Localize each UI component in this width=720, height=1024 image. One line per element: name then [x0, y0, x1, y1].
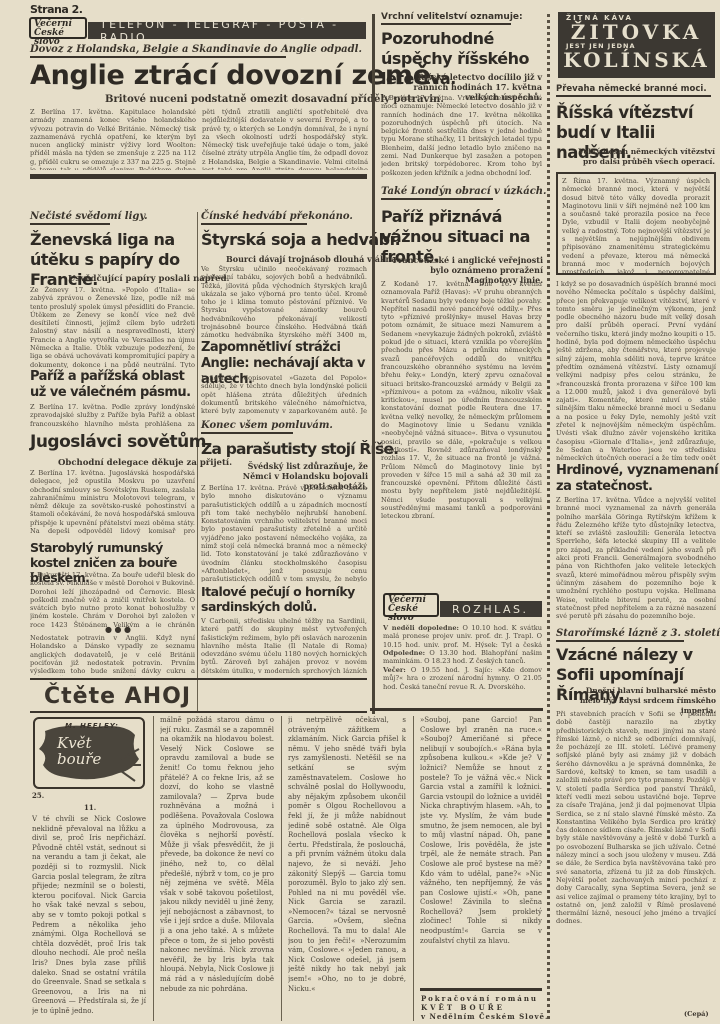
jugoslavci-body: Z Berlína 17. května. Jugoslávská hospod… — [30, 469, 195, 535]
kostel-body: Z Bukurešti 17. května. Za bouře udeřil … — [30, 571, 195, 627]
zitovka-ad-line4: KOLÍNSKÁ — [558, 50, 715, 70]
sofie-kicker: Starořímské lázně z 3. století. — [556, 628, 684, 642]
rozhlas-bottom-rule — [370, 708, 543, 711]
column-rule — [413, 716, 414, 1021]
separator-dots: ● ● ● — [105, 625, 131, 634]
pariz-pasmo-headline: Paříž a pařížská oblast už ve válečném p… — [30, 369, 195, 401]
rozhlas-banner: ROZHLAS. — [440, 601, 542, 617]
masthead-banner: TELEFON - TELEGRAF - POŠTA - RADIO. — [88, 22, 366, 39]
hornici-headline: Italové pečují o horníky sardinských dol… — [201, 584, 369, 614]
anglie-body-col2: pěti týdnů ztratili angličtí spotřebitel… — [202, 108, 368, 170]
sofie-signature: (Cepá) — [684, 1010, 709, 1018]
serial-col4: »Souboj, pane Garcio! Pan Coslowe byl zr… — [420, 716, 542, 986]
letectvo-body: Z Berlína 17. května. Vrchní velitelství… — [381, 94, 542, 178]
serial-title-box: M. HEELEY: Květ bouře — [33, 717, 145, 789]
rozhlas-item-label: Večer: — [383, 666, 406, 674]
rozhlas-item: V neděli dopoledne: O 10.10 hod. K svátk… — [383, 624, 542, 648]
anglie-body-col1: Z Berlína 17. května. Kapitulace holands… — [30, 108, 196, 170]
serial-end-rule — [420, 988, 542, 991]
italie-kicker: Převaha německé branné moci. — [556, 84, 711, 97]
potraviny-note: Nedostatek potravin v Anglii. Když nyní … — [30, 634, 195, 676]
strazci-closing-kicker: Konec všem pomluvám. — [201, 420, 293, 434]
soja-headline: Štyrská soja a hedvábí. — [201, 230, 400, 250]
italie-boxed-body: Z Říma 17. května. Významný úspěch němec… — [556, 172, 716, 275]
parasutiste-body: Z Berlína 17. května. Právě v posledních… — [201, 484, 367, 582]
serial-col3: ji netrpělivě očekával, s otráveným záži… — [288, 716, 406, 1020]
zitovka-ad: ŽITNÁ KÁVA ŽITOVKA JEST JEN JEDNA KOLÍNS… — [558, 12, 715, 78]
rozhlas-item-label: V neděli dopoledne: — [383, 624, 459, 632]
parasutiste-headline: Za parašutisty stojí Říše. — [201, 439, 398, 459]
italie-body: I když se po dosavadních úspěších branné… — [556, 280, 716, 460]
letectvo-kicker: Vrchní velitelství oznamuje: — [381, 12, 511, 25]
pariz-fronta-kicker: Také Londýn obrací v úzkách. — [381, 186, 493, 200]
rozhlas-item-label: Odpoledne: — [383, 649, 425, 657]
continuation-label: Pokračování románu — [421, 994, 538, 1003]
serial-chapter: 11. — [84, 803, 96, 812]
anglie-kicker: Dovoz z Holandska, Belgie a Skandinavie … — [30, 44, 286, 58]
ahoj-bottom-rule — [30, 711, 367, 713]
soja-body: Ve Štyrsku učinilo neočekávaný rozmach p… — [201, 265, 367, 340]
serial-author: M. HEELEY: — [65, 722, 119, 730]
jugoslavci-headline: Jugoslávci sovětům. — [30, 432, 212, 452]
serial-col1: V té chvíli se Nick Coslowe neklidně pře… — [32, 815, 146, 1020]
anglie-headline: Anglie ztrácí dovozní země. — [30, 60, 441, 92]
soja-kicker: Čínské hedvábí překonáno. — [201, 211, 307, 225]
sofie-body: Při stavebních pracích v Sofii se v posl… — [556, 710, 716, 1010]
page-number: Strana 2. — [30, 3, 82, 16]
strazci-body: Londýnský dopisovatel »Gazeta del Popolo… — [201, 374, 367, 414]
serial-title: Květ bouře — [57, 735, 123, 767]
column-rule — [153, 716, 154, 1021]
rozhlas-item-text: O 19.55 hod. J. Sajíc: »Kde domov můj?« … — [383, 666, 542, 691]
pariz-fronta-body: Z Kodaně 17. května. Dne 16. května ozna… — [381, 280, 542, 580]
ahoj-top-rule — [30, 678, 367, 680]
serial-installment: 25. — [32, 791, 44, 800]
serial-col2: málně požádá starou dámu o její ruku. Za… — [160, 716, 274, 1020]
rozhlas-logo: Večerní České slovo — [383, 593, 439, 617]
newspaper-page: Strana 2. Večerní České slovo TELEFON - … — [0, 0, 720, 1024]
hornici-body: V Carbonii, středisku uhelné těžby na Sa… — [201, 617, 367, 675]
continuation-where: v Nedělním Českém Slově. — [421, 1012, 548, 1021]
pariz-pasmo-body: Z Berlína 17. května. Podle zprávy londý… — [30, 403, 195, 428]
continuation-title: KVĚT BOUŘE — [421, 1003, 505, 1012]
zenevska-kicker: Nečisté svědomí ligy. — [30, 211, 110, 225]
italie-subhead: Velký dosah německých vítězství pro dalš… — [578, 147, 715, 167]
zenevska-body: Ze Ženevy 17. května. »Popolo d'Italia« … — [30, 286, 195, 368]
zitovka-ad-line2: ŽITOVKA — [558, 22, 715, 42]
hrdinove-body: Z Berlína 17. května. Vůdce a nejvyšší v… — [556, 496, 716, 626]
masthead-logo: Večerní České slovo — [29, 17, 87, 39]
hrdinove-headline: Hrdinové, vyznamenaní za statečnost. — [556, 463, 720, 495]
column-rule — [281, 716, 282, 1021]
middle-thick-rule — [372, 14, 375, 714]
rozhlas-item: Večer: O 19.55 hod. J. Sajíc: »Kde domov… — [383, 666, 542, 700]
wavy-column-rule — [547, 14, 550, 1019]
ahoj-promo: Čtěte AHOJ — [44, 684, 191, 710]
rozhlas-item: Odpoledne: O 13.30 hod. Blahopřání našim… — [383, 649, 542, 665]
section-divider — [30, 174, 367, 179]
